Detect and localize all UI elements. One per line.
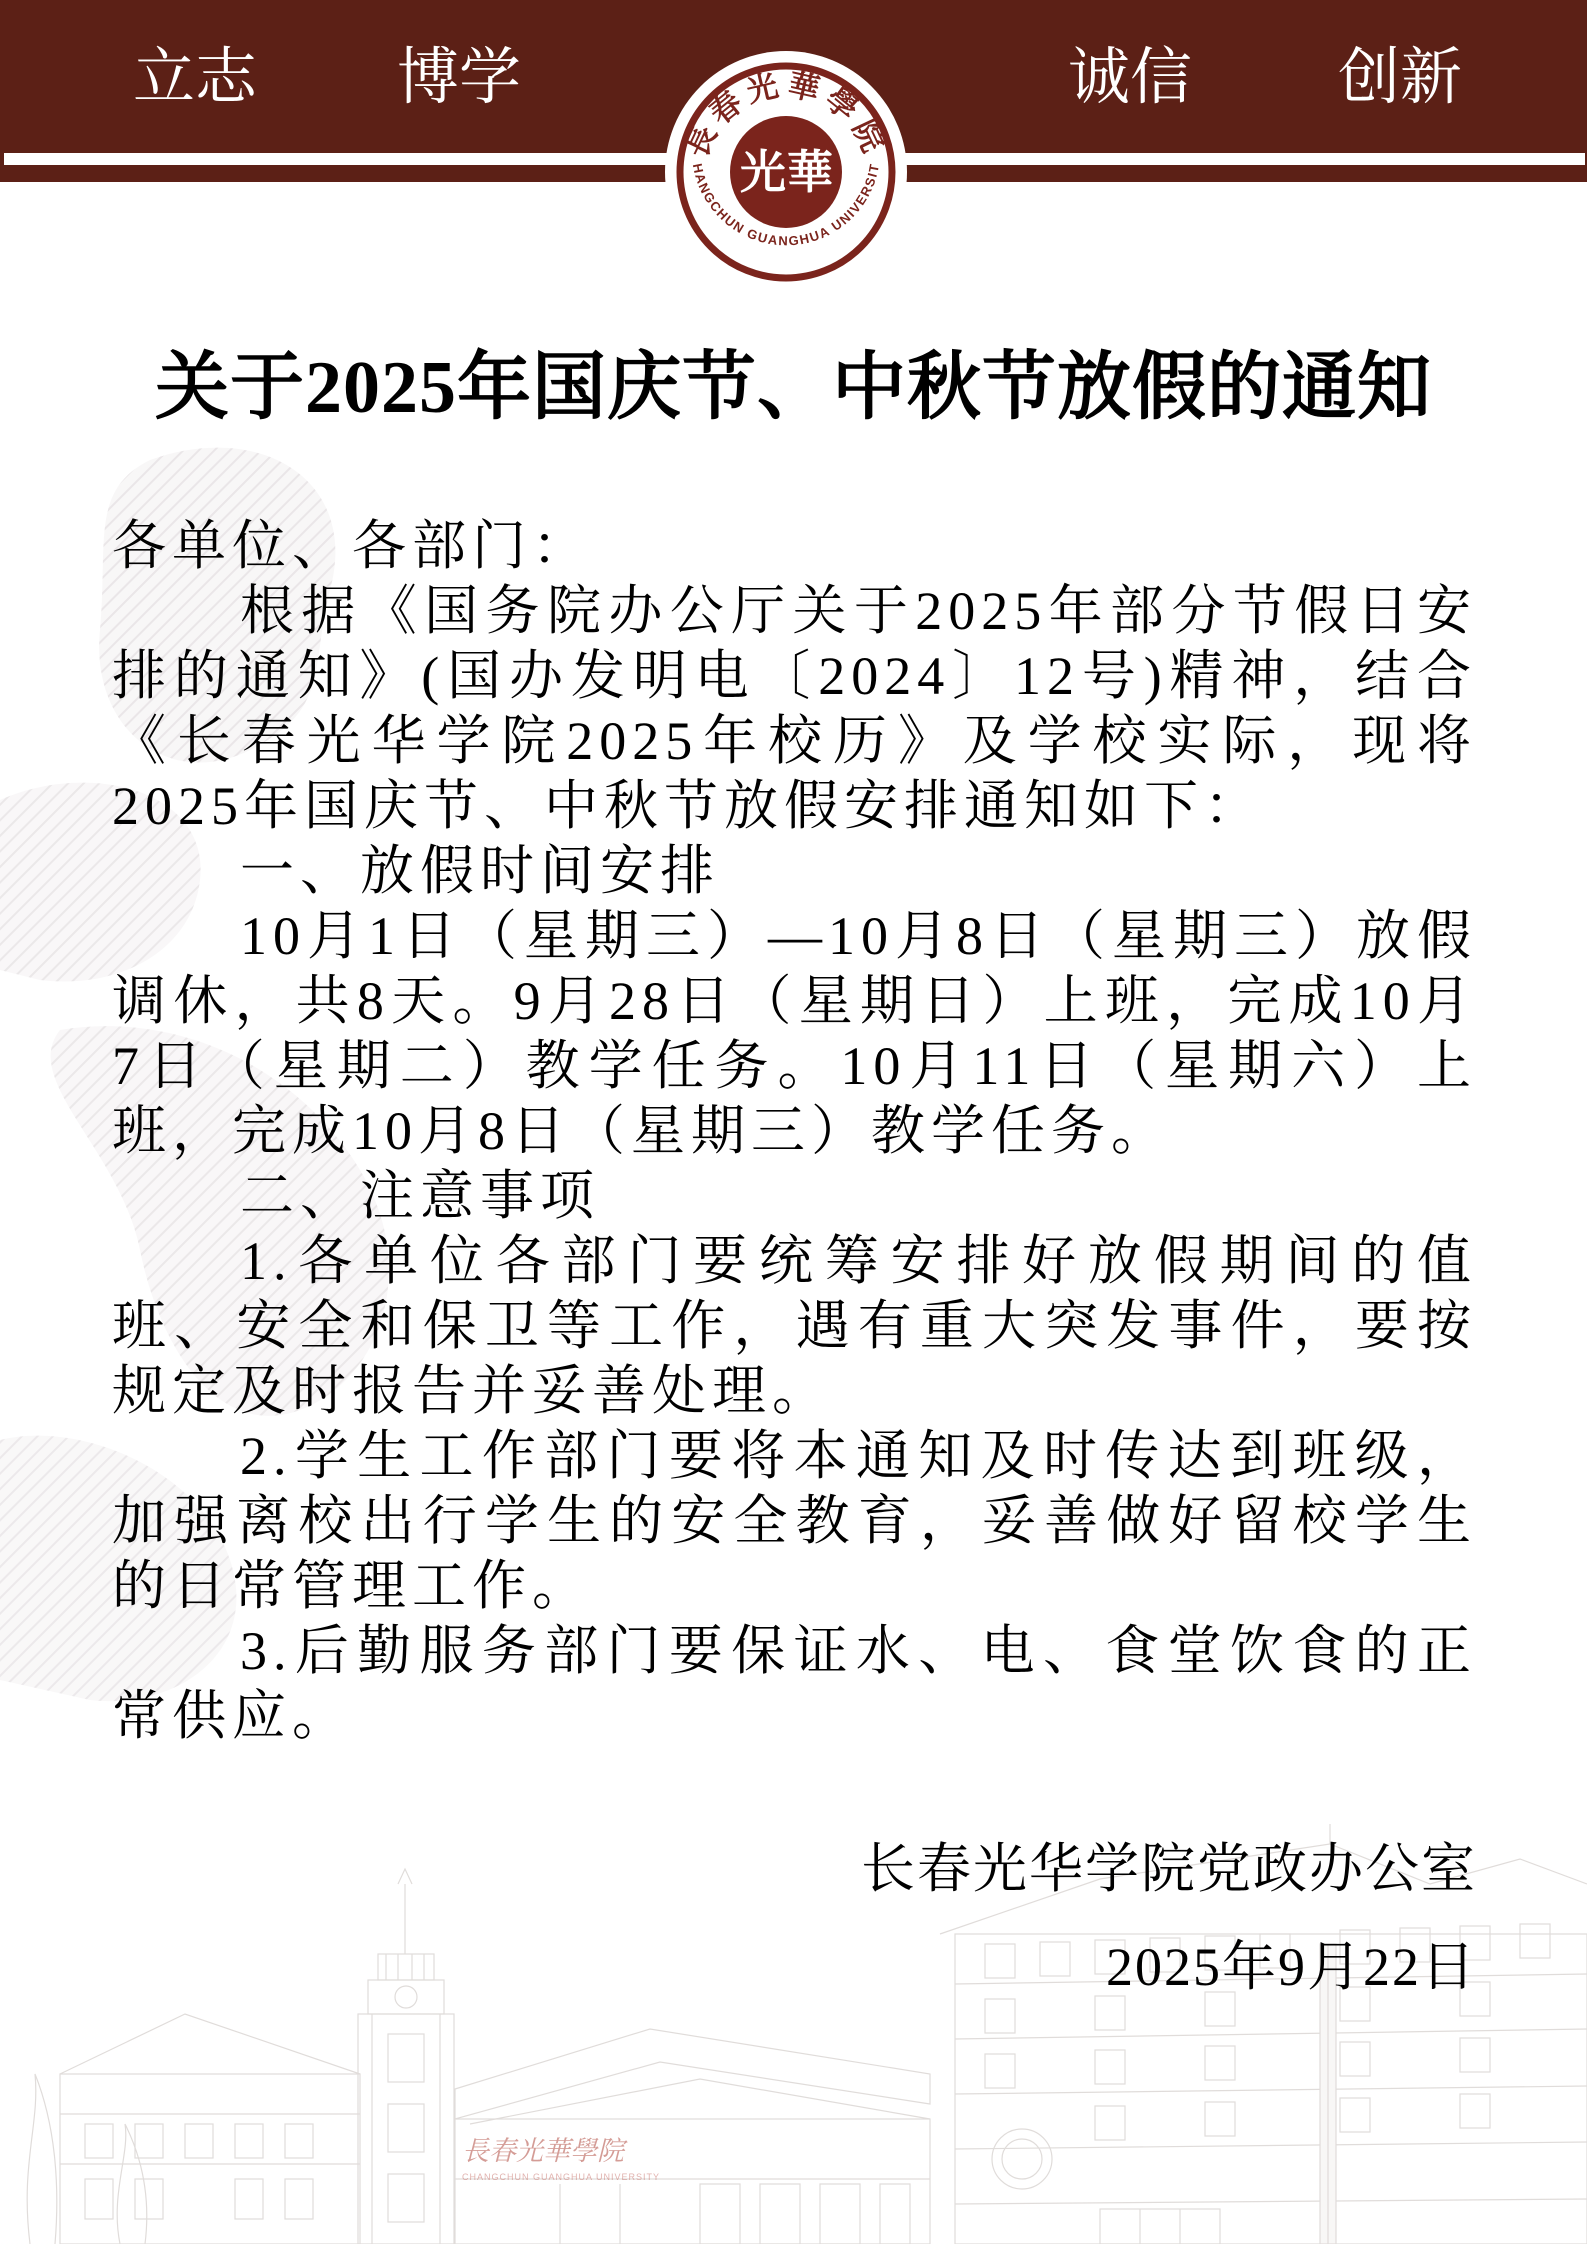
campus-label-en: CHANGCHUN GUANGHUA UNIVERSITY	[462, 2172, 660, 2182]
issue-date: 2025年9月22日	[112, 1935, 1477, 2000]
university-logo: 長春光華學院 CHANGCHUN GUANGHUA UNIVERSITY 光 華	[664, 50, 908, 294]
notice-title: 关于2025年国庆节、中秋节放假的通知	[0, 346, 1587, 431]
motto-chuangxin: 创新	[1338, 46, 1462, 110]
signature-block: 长春光华学院党政办公室 2025年9月22日	[112, 1837, 1477, 2000]
motto-lizhi: 立志	[133, 46, 257, 110]
logo-seal-char-right: 華	[787, 147, 833, 198]
note-item-3: 3.后勤服务部门要保证水、电、食堂饮食的正常供应。	[112, 1619, 1477, 1749]
motto-chengxin: 诚信	[1068, 46, 1192, 110]
section-1-heading: 一、放假时间安排	[112, 839, 1477, 904]
motto-boxue: 博学	[397, 46, 521, 110]
note-item-1: 1.各单位各部门要统筹安排好放假期间的值班、安全和保卫等工作，遇有重大突发事件，…	[112, 1229, 1477, 1424]
section-2-heading: 二、注意事项	[112, 1164, 1477, 1229]
issuing-office: 长春光华学院党政办公室	[112, 1837, 1477, 1902]
paragraph-basis: 根据《国务院办公厅关于2025年部分节假日安排的通知》(国办发明电〔2024〕1…	[112, 579, 1477, 839]
notice-body: 各单位、各部门： 根据《国务院办公厅关于2025年部分节假日安排的通知》(国办发…	[112, 514, 1477, 2000]
notice-page: 長春光華學院 CHANGCHUN GUANGHUA UNIVERSITY 立志 …	[0, 0, 1587, 2244]
campus-label-cn: 長春光華學院	[462, 2136, 628, 2166]
logo-seal-char-left: 光	[740, 147, 786, 198]
salutation: 各单位、各部门：	[112, 514, 1477, 579]
paragraph-schedule: 10月1日（星期三）—10月8日（星期三）放假调休，共8天。9月28日（星期日）…	[112, 904, 1477, 1164]
note-item-2: 2.学生工作部门要将本通知及时传达到班级，加强离校出行学生的安全教育，妥善做好留…	[112, 1424, 1477, 1619]
